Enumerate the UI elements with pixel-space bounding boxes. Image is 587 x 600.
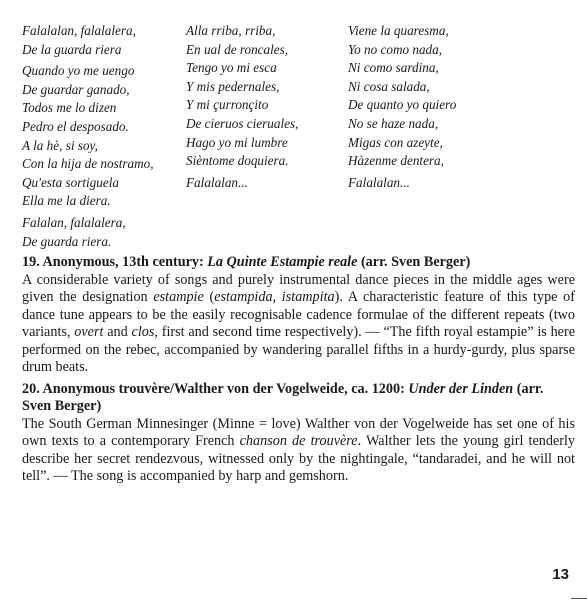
verse-line: Alla rriba, rriba,: [186, 22, 298, 41]
text-run: (: [204, 289, 214, 305]
verse-line: Y mis pedernales,: [186, 78, 298, 97]
verse-stanza: Alla rriba, rriba,En ual de roncales,Ten…: [186, 22, 298, 171]
verse-line: De quanto yo quiero: [348, 96, 456, 115]
verse-stanza: Falalalan...: [348, 174, 456, 193]
verse-stanza: Viene la quaresma,Yo no como nada,Ni com…: [348, 22, 456, 171]
note-body: The South German Minnesinger (Minne = lo…: [22, 416, 575, 486]
verse-stanza: Falalalan...: [186, 174, 298, 193]
track-notes: 19. Anonymous, 13th century: La Quinte E…: [22, 254, 575, 490]
note-item-19: 19. Anonymous, 13th century: La Quinte E…: [22, 254, 575, 377]
verse-line: Ni como sardina,: [348, 59, 456, 78]
page-number: 13: [552, 566, 569, 583]
verse-line: Falalan, falalalera,: [22, 214, 154, 233]
verse-line: De guarda riera.: [22, 233, 154, 252]
note-item-20: 20. Anonymous trouvère/Walther von der V…: [22, 381, 575, 486]
note-heading: 19. Anonymous, 13th century: La Quinte E…: [22, 254, 575, 272]
page-corner-rule: [571, 598, 587, 599]
verse-line: Quando yo me uengo: [22, 62, 154, 81]
text-run: and: [103, 324, 131, 340]
text-run: estampie: [153, 289, 203, 305]
verse-stanza: Falalalan, falalalera,De la guarda riera: [22, 22, 154, 59]
text-run: clos: [132, 324, 155, 340]
verse-stanza: Quando yo me uengoDe guardar ganado,Todo…: [22, 62, 154, 211]
verse-line: De la guarda riera: [22, 41, 154, 60]
verse-line: Ni cosa salada,: [348, 78, 456, 97]
verse-line: Migas con azeyte,: [348, 134, 456, 153]
verse-line: A la hè, si soy,: [22, 137, 154, 156]
verse-line: Hago yo mi lumbre: [186, 134, 298, 153]
verse-line: Todos me lo dizen: [22, 99, 154, 118]
verse-column-2: Alla rriba, rriba,En ual de roncales,Ten…: [186, 22, 298, 195]
verse-line: Yo no como nada,: [348, 41, 456, 60]
verse-line: Con la hija de nostramo,: [22, 155, 154, 174]
verse-line: Falalalan...: [348, 174, 456, 193]
text-run: estampida, istampita: [214, 289, 334, 305]
verse-line: Ella me la diera.: [22, 192, 154, 211]
verse-line: Falalalan...: [186, 174, 298, 193]
verse-line: Tengo yo mi esca: [186, 59, 298, 78]
text-run: overt: [74, 324, 103, 340]
verse-line: Hàzenme dentera,: [348, 152, 456, 171]
verse-line: Y mi çurronçito: [186, 96, 298, 115]
verse-line: En ual de roncales,: [186, 41, 298, 60]
verse-line: Falalalan, falalalera,: [22, 22, 154, 41]
verse-line: De cieruos cieruales,: [186, 115, 298, 134]
verse-line: De guardar ganado,: [22, 81, 154, 100]
verse-stanza: Falalan, falalalera,De guarda riera.: [22, 214, 154, 251]
verse-column-1: Falalalan, falalalera,De la guarda riera…: [22, 22, 154, 254]
verse-line: No se haze nada,: [348, 115, 456, 134]
verse-line: Pedro el desposado.: [22, 118, 154, 137]
note-heading: 20. Anonymous trouvère/Walther von der V…: [22, 381, 575, 416]
note-body: A considerable variety of songs and pure…: [22, 272, 575, 377]
verse-line: Qu'esta sortiguela: [22, 174, 154, 193]
verse-column-3: Viene la quaresma,Yo no como nada,Ni com…: [348, 22, 456, 195]
verse-line: Sièntome doquiera.: [186, 152, 298, 171]
verse-line: Viene la quaresma,: [348, 22, 456, 41]
text-run: chanson de trouvère: [240, 433, 358, 449]
